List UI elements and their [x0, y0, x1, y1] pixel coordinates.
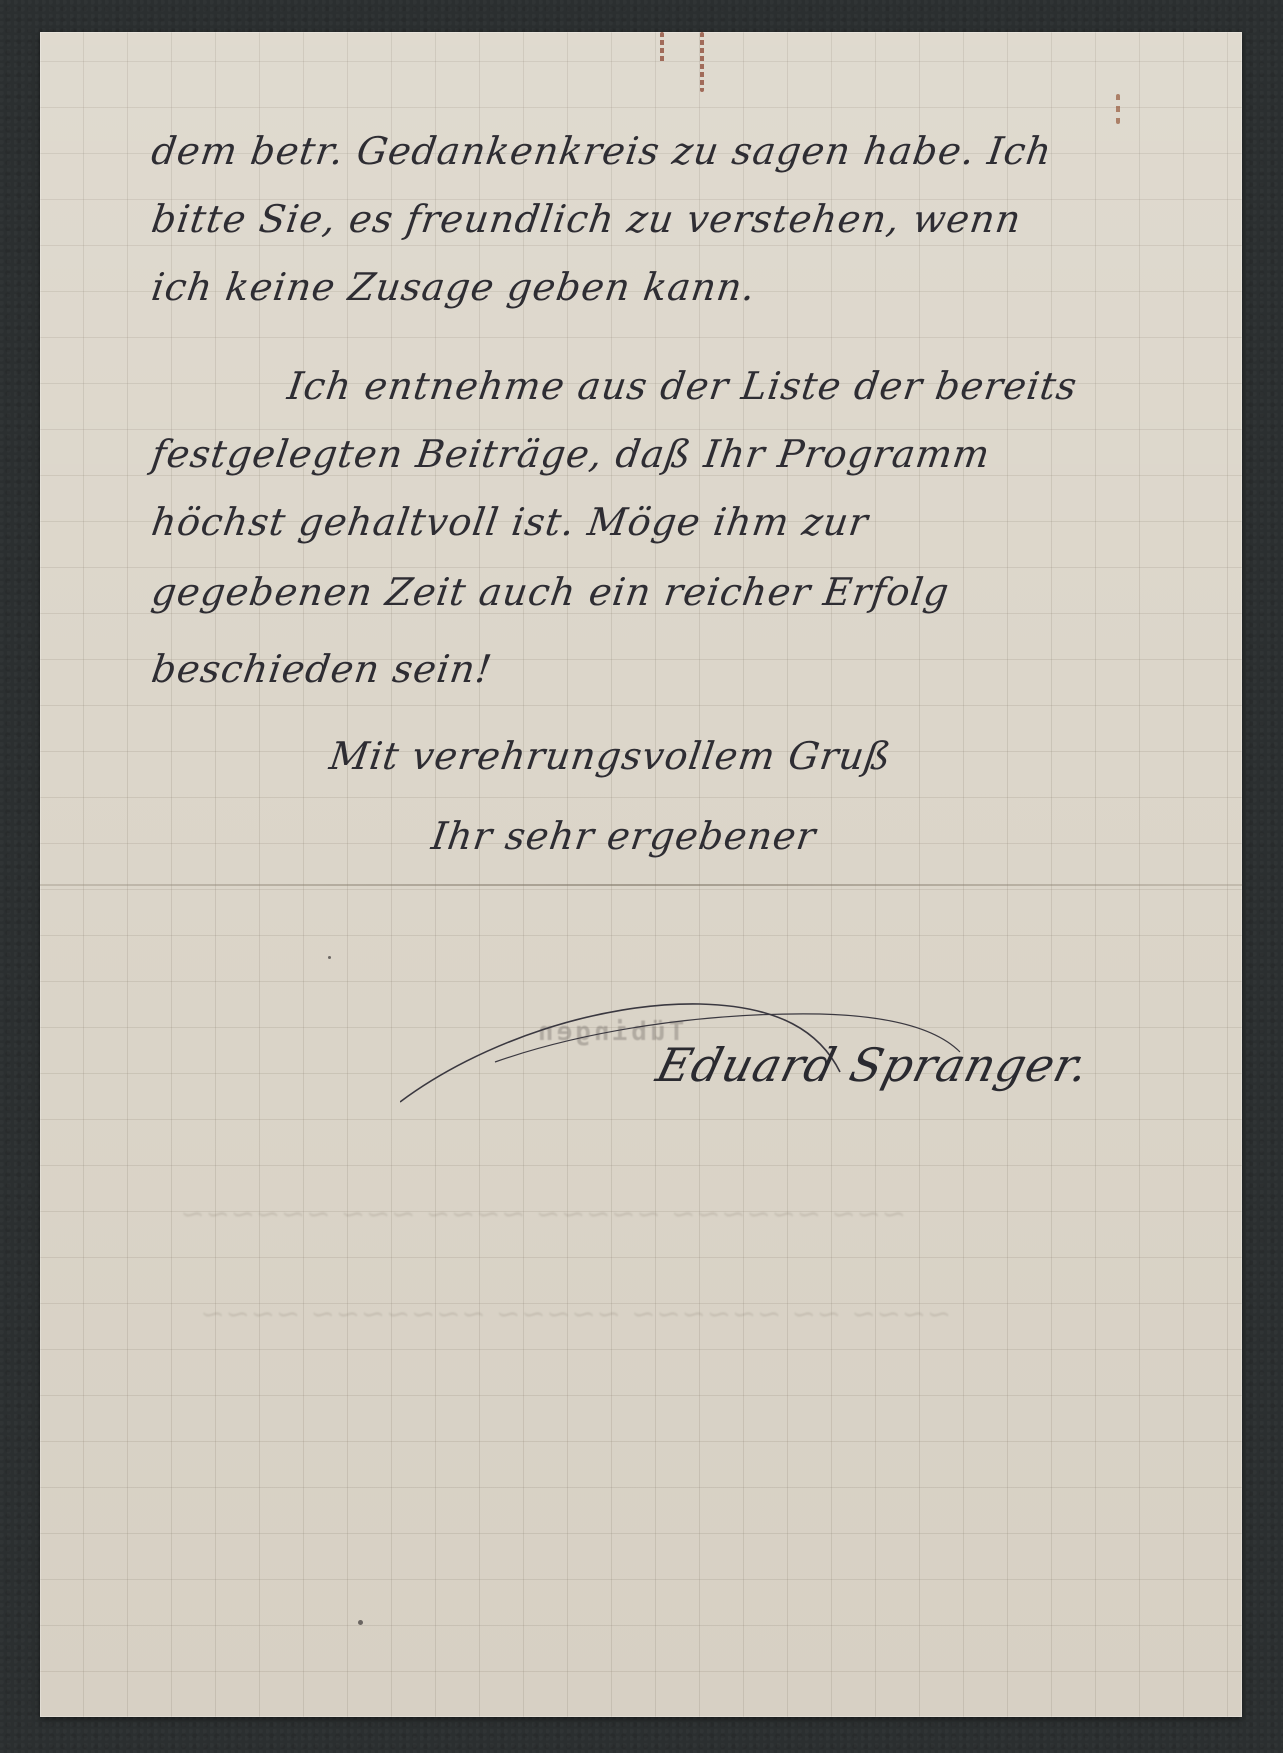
letter-line-2: bitte Sie, es freundlich zu verstehen, w…	[149, 200, 1023, 238]
signature: Eduard Spranger.	[651, 1038, 1095, 1092]
letter-page: ~~~ ~~~~~~ ~~~~~ ~~~~ ~~~ ~~~~~~ ~~~~ ~~…	[40, 32, 1242, 1717]
letter-line-7: gegebenen Zeit auch ein reicher Erfolg	[149, 573, 951, 611]
letter-line-1: dem betr. Gedankenkreis zu sagen habe. I…	[149, 132, 1054, 170]
letter-line-3: ich keine Zusage geben kann.	[149, 268, 758, 306]
bleed-through-text: ~~~ ~~~~~~ ~~~~~ ~~~~ ~~~ ~~~~~~	[177, 1197, 910, 1232]
rust-stain	[660, 32, 664, 64]
letter-line-8: beschieden sein!	[149, 650, 494, 688]
paper-fold-line	[40, 884, 1242, 886]
bleed-through-text: ~~~~ ~~ ~~~~~~ ~~~~~ ~~~~~~~ ~~~~	[197, 1297, 955, 1332]
letter-line-5: festgelegten Beiträge, daß Ihr Programm	[149, 435, 992, 473]
closing-greeting: Mit verehrungsvollem Gruß	[327, 737, 893, 775]
ink-speck	[358, 1620, 363, 1625]
letter-line-6: höchst gehaltvoll ist. Möge ihm zur	[149, 503, 871, 541]
valediction: Ihr sehr ergebener	[429, 817, 818, 855]
rust-stain	[700, 32, 704, 92]
ink-speck	[328, 956, 331, 959]
letter-line-4: Ich entnehme aus der Liste der bereits	[285, 367, 1079, 405]
rust-stain	[1116, 94, 1120, 124]
